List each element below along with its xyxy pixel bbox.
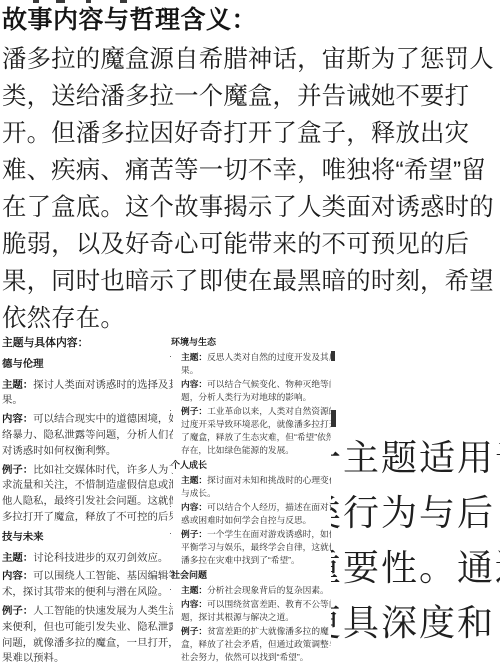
topic-item: ·例子：一个学生在面对游戏诱惑时，如何平衡学习与娱乐，最终学会自律，这就像潘多拉…	[167, 528, 340, 567]
item-label: 主题：	[181, 475, 207, 485]
bullet: ·	[169, 404, 172, 417]
topic-item: 内容：可以结合现实中的道德困境，如网络暴力、隐私泄露等问题，分析人们在面对诱惑时…	[2, 412, 173, 459]
bullet: ·	[169, 377, 172, 390]
item-label: 例子：	[181, 529, 207, 539]
topic-item: 例子：比如社交媒体时代，许多人为了追求流量和关注，不惜制造虚假信息或泄露他人隐私…	[2, 463, 173, 526]
topic-item: ·内容：可以结合个人经历，描述在面对诱惑或困难时如何学会自控与反思。	[167, 501, 340, 527]
item-label: 内容：	[2, 414, 33, 425]
intro-section: 故事内容与哲理含义： 潘多拉的魔盒源自希腊神话，宙斯为了惩罚人 类，送给潘多拉一…	[2, 5, 499, 337]
overlay-line: 更具深度和	[331, 595, 500, 650]
cropped-text-fragment	[120, 0, 127, 3]
item-text: 讨论科技进步的双刃剑效应。	[33, 553, 168, 564]
item-text: 分析社会现象背后的复杂因素。	[207, 585, 329, 595]
item-label: 例子：	[2, 606, 33, 617]
left-column-content: 主题与具体内容： 德与伦理 主题：探讨人类面对诱惑时的选择及其后果。 内容：可以…	[2, 336, 173, 666]
item-label: 例子：	[181, 626, 207, 636]
cropped-text-fragment	[56, 0, 65, 3]
section-environment: 环境与生态 ·主题：反思人类对自然的过度开发及其后果。 ·内容：可以结合气候变化…	[167, 336, 340, 457]
bullet: ·	[169, 500, 172, 513]
topic-item: ·例子：贫富差距的扩大就像潘多拉的魔盒，释放了社会矛盾，但通过政策调整与社会努力…	[167, 625, 340, 664]
overlay-line: 重要性。通过	[331, 540, 500, 595]
topic-item: ·内容：可以结合气候变化、物种灭绝等问题，分析人类行为对地球的影响。	[167, 378, 340, 404]
section-heading: 社会问题	[171, 569, 340, 582]
glyph-fragment	[331, 410, 336, 427]
middle-column: 环境与生态 ·主题：反思人类对自然的过度开发及其后果。 ·内容：可以结合气候变化…	[167, 334, 340, 666]
topic-item: ·内容：可以围绕贫富差距、教育不公等问题，探讨其根源与解决之道。	[167, 598, 340, 624]
bullet: ·	[169, 597, 172, 610]
bullet: ·	[169, 624, 172, 637]
magnified-text: 一主题适用于 类行为与后 重要性。通过 更具深度和	[331, 430, 500, 650]
section-heading: 环境与生态	[171, 336, 340, 349]
topic-item: ·主题：分析社会现象背后的复杂因素。	[167, 584, 340, 597]
overlay-line: 一主题适用于	[331, 430, 500, 485]
magnified-overlay: 一主题适用于 类行为与后 重要性。通过 更具深度和	[331, 330, 500, 666]
overlay-line: 类行为与后	[331, 485, 500, 540]
item-label: 内容：	[2, 571, 33, 582]
intro-paragraph: 潘多拉的魔盒源自希腊神话，宙斯为了惩罚人 类，送给潘多拉一个魔盒，并告诫她不要打…	[2, 41, 499, 337]
item-label: 内容：	[181, 599, 207, 609]
item-label: 主题：	[2, 380, 33, 391]
section-personal-growth: 个人成长 ·主题：探讨面对未知和挑战时的心理变化与成长。 ·内容：可以结合个人经…	[167, 459, 340, 567]
item-label: 例子：	[181, 406, 207, 416]
topic-item: 例子：人工智能的快速发展为人类生活带来便利，但也可能引发失业、隐私泄露等问题，就…	[2, 604, 173, 666]
section-social-issues: 社会问题 ·主题：分析社会现象背后的复杂因素。 ·内容：可以围绕贫富差距、教育不…	[167, 569, 340, 664]
topic-item: 主题：讨论科技进步的双刃剑效应。	[2, 551, 173, 567]
topic-item: 内容：可以围绕人工智能、基因编辑等技术，探讨其带来的便利与潜在风险。	[2, 569, 173, 601]
section-ethics: 德与伦理 主题：探讨人类面对诱惑时的选择及其后果。 内容：可以结合现实中的道德困…	[2, 357, 173, 526]
section-technology: 技与未来 主题：讨论科技进步的双刃剑效应。 内容：可以围绕人工智能、基因编辑等技…	[2, 530, 173, 666]
item-label: 内容：	[181, 502, 207, 512]
left-column-title: 主题与具体内容：	[2, 336, 173, 352]
topic-item: ·主题：反思人类对自然的过度开发及其后果。	[167, 351, 340, 377]
section-heading: 个人成长	[171, 459, 340, 472]
item-label: 主题：	[181, 352, 207, 362]
item-label: 例子：	[2, 465, 33, 476]
bullet: ·	[169, 583, 172, 596]
topic-item: 主题：探讨人类面对诱惑时的选择及其后果。	[2, 378, 173, 410]
left-column: 主题与具体内容： 德与伦理 主题：探讨人类面对诱惑时的选择及其后果。 内容：可以…	[2, 336, 173, 666]
doc-title: 故事内容与哲理含义：	[2, 5, 499, 36]
bullet: ·	[169, 350, 172, 363]
topic-item: ·例子：工业革命以来，人类对自然资源的过度开采导致环境恶化，就像潘多拉打开了魔盒…	[167, 405, 340, 457]
cropped-text-fragment	[86, 0, 91, 3]
bullet: ·	[169, 473, 172, 486]
glyph-fragment	[331, 351, 335, 361]
cropped-text-fragment	[33, 0, 39, 3]
bullet: ·	[169, 527, 172, 540]
item-label: 主题：	[2, 553, 33, 564]
section-heading: 德与伦理	[2, 357, 173, 373]
topic-item: ·主题：探讨面对未知和挑战时的心理变化与成长。	[167, 474, 340, 500]
item-label: 内容：	[181, 379, 207, 389]
section-heading: 技与未来	[2, 530, 173, 546]
item-label: 主题：	[181, 585, 207, 595]
